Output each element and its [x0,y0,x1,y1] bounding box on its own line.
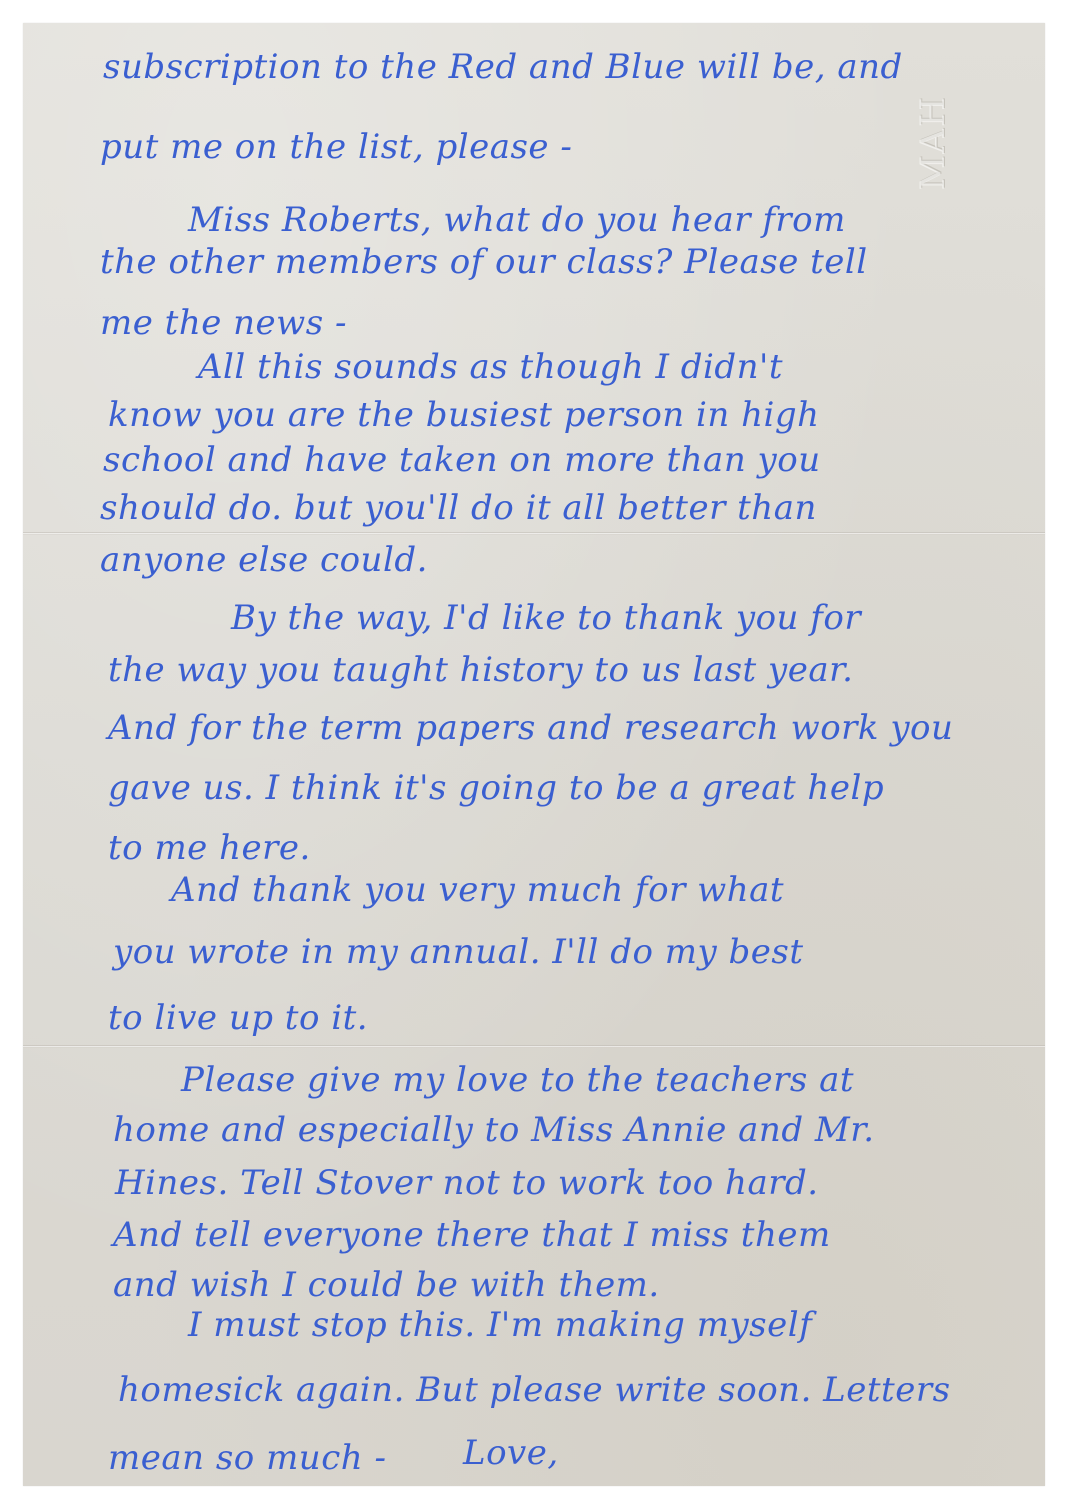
fold-crease-lower [23,1045,1045,1048]
letter-line: mean so much - [108,1441,386,1475]
letter-line: And tell everyone there that I miss them [113,1218,831,1252]
letter-closing: Love, [463,1436,559,1470]
embossed-monogram: MAH [888,118,978,168]
letter-line: anyone else could. [100,543,428,577]
letter-line: put me on the list, please - [100,130,572,164]
letter-line: I must stop this. I'm making myself [188,1308,812,1342]
document-viewer: MAH subscription to the Red and Blue wil… [0,0,1068,1500]
letter-line: to me here. [108,831,311,865]
letter-line: And for the term papers and research wor… [108,711,953,745]
letter-line: to live up to it. [108,1001,368,1035]
letter-line: By the way, I'd like to thank you for [231,601,861,635]
letter-line: and wish I could be with them. [113,1268,660,1302]
letter-line: Miss Roberts, what do you hear from [188,203,846,237]
letter-line: Hines. Tell Stover not to work too hard. [115,1166,819,1200]
letter-line: subscription to the Red and Blue will be… [103,50,903,84]
letter-line: All this sounds as though I didn't [198,350,783,384]
letter-line: school and have taken on more than you [103,443,821,477]
letter-line: you wrote in my annual. I'll do my best [113,935,804,969]
letter-line: gave us. I think it's going to be a grea… [108,771,884,805]
letter-line: home and especially to Miss Annie and Mr… [113,1113,875,1147]
letter-line: homesick again. But please write soon. L… [118,1373,951,1407]
letter-line: should do. but you'll do it all better t… [100,491,817,525]
letter-line: the other members of our class? Please t… [100,245,868,279]
letter-line: the way you taught history to us last ye… [108,653,853,687]
letter-line: Please give my love to the teachers at [181,1063,854,1097]
letter-line: And thank you very much for what [171,873,784,907]
fold-crease-upper [23,532,1045,535]
letter-line: me the news - [100,306,347,340]
letter-line: know you are the busiest person in high [108,398,820,432]
letter-page: MAH subscription to the Red and Blue wil… [23,23,1045,1486]
